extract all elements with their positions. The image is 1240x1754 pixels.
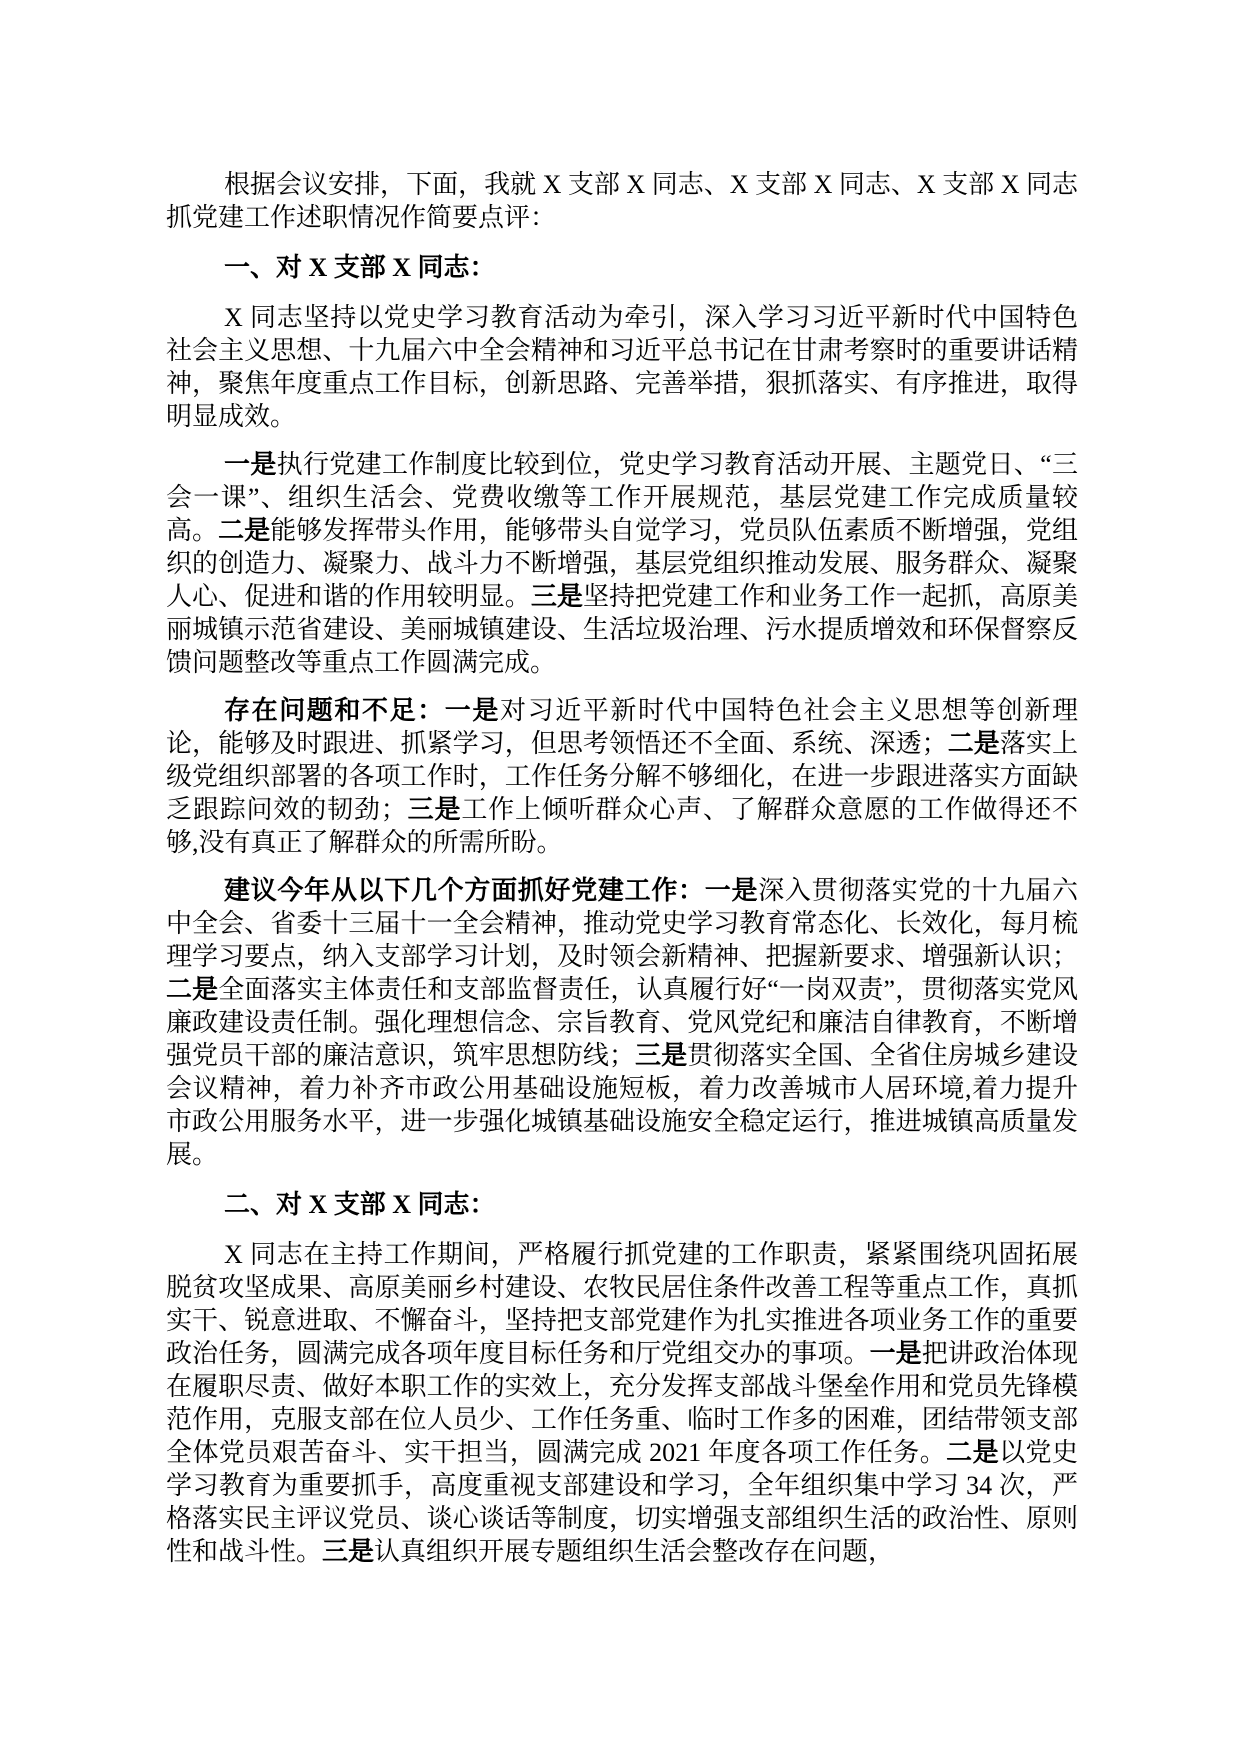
text-run: X 同志坚持以党史学习教育活动为牵引，深入学习习近平新时代中国特色社会主义思想、… — [166, 303, 1078, 431]
bold-text-run: 二是 — [218, 516, 270, 545]
document-body: 根据会议安排，下面，我就 X 支部 X 同志、X 支部 X 同志、X 支部 X … — [166, 168, 1078, 1583]
bold-text-run: 二是 — [166, 975, 218, 1004]
text-run: 认真组织开展专题组织生活会整改存在问题， — [374, 1537, 894, 1566]
bold-text-run: 二、对 X 支部 X 同志： — [224, 1190, 496, 1219]
bold-text-run: 三是 — [531, 582, 583, 611]
bold-text-run: 一是 — [224, 450, 277, 479]
bold-text-run: 三是 — [322, 1537, 374, 1566]
bold-text-run: 二是 — [948, 729, 1000, 758]
paragraph: 存在问题和不足：一是对习近平新时代中国特色社会主义思想等创新理论，能够及时跟进、… — [166, 694, 1078, 859]
bold-text-run: 一是 — [870, 1339, 922, 1368]
bold-text-run: 建议今年从以下几个方面抓好党建工作：一是 — [224, 876, 758, 905]
paragraph: 根据会议安排，下面，我就 X 支部 X 同志、X 支部 X 同志、X 支部 X … — [166, 168, 1078, 234]
bold-text-run: 存在问题和不足：一是 — [224, 696, 500, 725]
bold-text-run: 一、对 X 支部 X 同志： — [224, 253, 496, 282]
document-page: 根据会议安排，下面，我就 X 支部 X 同志、X 支部 X 同志、X 支部 X … — [0, 0, 1240, 1754]
bold-text-run: 三是 — [635, 1041, 687, 1070]
section-heading: 一、对 X 支部 X 同志： — [166, 251, 1078, 284]
bold-text-run: 三是 — [407, 795, 462, 824]
text-run: 根据会议安排，下面，我就 X 支部 X 同志、X 支部 X 同志、X 支部 X … — [166, 170, 1078, 232]
section-heading: 二、对 X 支部 X 同志： — [166, 1188, 1078, 1221]
bold-text-run: 二是 — [946, 1438, 999, 1467]
paragraph: 一是执行党建工作制度比较到位，党史学习教育活动开展、主题党日、“三会一课”、组织… — [166, 448, 1078, 679]
paragraph: X 同志在主持工作期间，严格履行抓党建的工作职责，紧紧围绕巩固拓展脱贫攻坚成果、… — [166, 1238, 1078, 1568]
paragraph: 建议今年从以下几个方面抓好党建工作：一是深入贯彻落实党的十九届六中全会、省委十三… — [166, 874, 1078, 1171]
paragraph: X 同志坚持以党史学习教育活动为牵引，深入学习习近平新时代中国特色社会主义思想、… — [166, 301, 1078, 433]
